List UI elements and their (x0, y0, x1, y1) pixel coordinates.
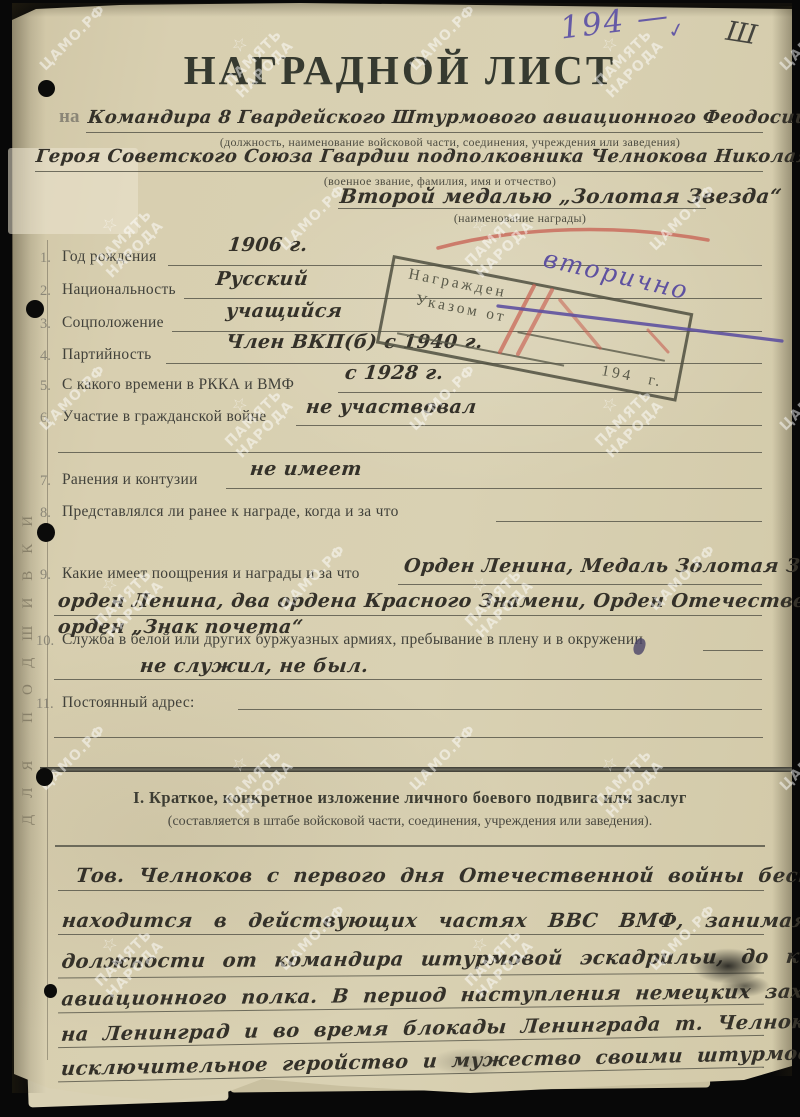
header-line3-rule (338, 208, 706, 209)
field-number: 4. (40, 348, 51, 365)
field-value-awards-2: орден Ленина, два ордена Красного Знамен… (57, 590, 800, 612)
punch-hole (38, 80, 55, 97)
field-number: 3. (40, 316, 51, 333)
field-value-captivity: не служил, не был. (139, 655, 370, 677)
field-value-civil-war: не участвовал (305, 396, 478, 418)
field-label-wounds: Ранения и контузии (62, 471, 198, 489)
field-label-previous-awards: Представлялся ли ранее к награде, когда … (62, 503, 399, 521)
field-label-rkka-service: С какого времени в РККА и ВМФ (62, 376, 294, 394)
document-title: НАГРАДНОЙ ЛИСТ (0, 46, 800, 94)
field-number: 7. (40, 473, 51, 490)
field-number: 11. (36, 696, 54, 713)
field-label-party: Партийность (62, 346, 151, 364)
header-line2-rule (35, 171, 763, 172)
field-value-awards-3: орден „Знак почета“ (57, 616, 304, 638)
header-line1-rule (86, 132, 763, 133)
citation-line: Тов. Челноков с первого дня Отечественно… (75, 864, 800, 887)
citation-rule (58, 890, 764, 891)
stamp-year: 194 (600, 362, 635, 386)
field-rule (296, 425, 762, 426)
field-number: 8. (40, 505, 51, 522)
section-divider (40, 767, 792, 772)
field-label-civil-war: Участие в гражданской войне (62, 408, 266, 426)
section1-heading: I. Краткое, конкретное изложение личного… (60, 788, 760, 808)
blank-rule (58, 452, 762, 453)
field-label-nationality: Национальность (62, 281, 176, 299)
section1-subheading: (составляется в штабе войсковой части, с… (60, 814, 760, 830)
stamp-blank-rule (517, 331, 665, 361)
citation-line: находится в действующих частях ВВС ВМФ, … (61, 909, 800, 932)
citation-rule (58, 934, 764, 935)
field-rule (168, 265, 762, 266)
binding-margin-text: ДЛЯ ПОДШИВКИ (20, 385, 37, 825)
scanned-award-document: { "colors": { "paper": "#d6cdae", "ink":… (0, 0, 800, 1117)
header-name-value: Героя Советского Союза Гвардии подполков… (35, 146, 800, 167)
field-number: 1. (40, 250, 51, 267)
punch-hole (44, 984, 57, 998)
header-award-value: Второй медалью „Золотая Звезда“ (339, 184, 712, 208)
punch-hole (36, 768, 53, 786)
field-rule (226, 488, 762, 489)
field-label-birth-year: Год рождения (62, 248, 157, 266)
field-label-address: Постоянный адрес: (62, 694, 195, 712)
pencil-smudge (430, 1048, 510, 1076)
field-value-wounds: не имеет (249, 458, 363, 480)
field-rule (496, 521, 762, 522)
field-value-rkka-service: с 1928 г. (344, 362, 445, 384)
pencil-mark: Ш (724, 16, 759, 51)
binding-margin-rule (47, 240, 48, 1060)
header-unit-value: Командира 8 Гвардейского Штурмового авиа… (87, 107, 800, 128)
field-label-social-position: Соцположение (62, 314, 164, 332)
ink-smudge (720, 975, 770, 997)
field-rule (398, 584, 762, 585)
field-value-awards-1: Орден Ленина, Медаль Золотая Звезда, (403, 555, 800, 577)
field-rule (54, 679, 762, 680)
field-value-birth-year: 1906 г. (227, 234, 309, 256)
blank-rule (54, 737, 763, 738)
stamp-year-suffix: г. (647, 371, 665, 391)
field-value-social-position: учащийся (225, 300, 344, 322)
field-number: 6. (40, 410, 51, 427)
section1-rule (55, 845, 765, 847)
preposition-na: на (59, 106, 79, 128)
field-rule (338, 392, 762, 393)
field-label-awards: Какие имеет поощрения и награды и за что (62, 565, 360, 583)
field-rule (238, 709, 762, 710)
field-number: 9. (40, 567, 51, 584)
field-number: 5. (40, 378, 51, 395)
field-number: 2. (40, 283, 51, 300)
field-rule (703, 650, 763, 651)
field-number: 10. (36, 633, 54, 650)
punch-hole (26, 300, 44, 318)
field-value-nationality: Русский (215, 268, 309, 290)
punch-hole (37, 523, 55, 542)
header-line3-caption: (наименование награды) (220, 211, 800, 226)
